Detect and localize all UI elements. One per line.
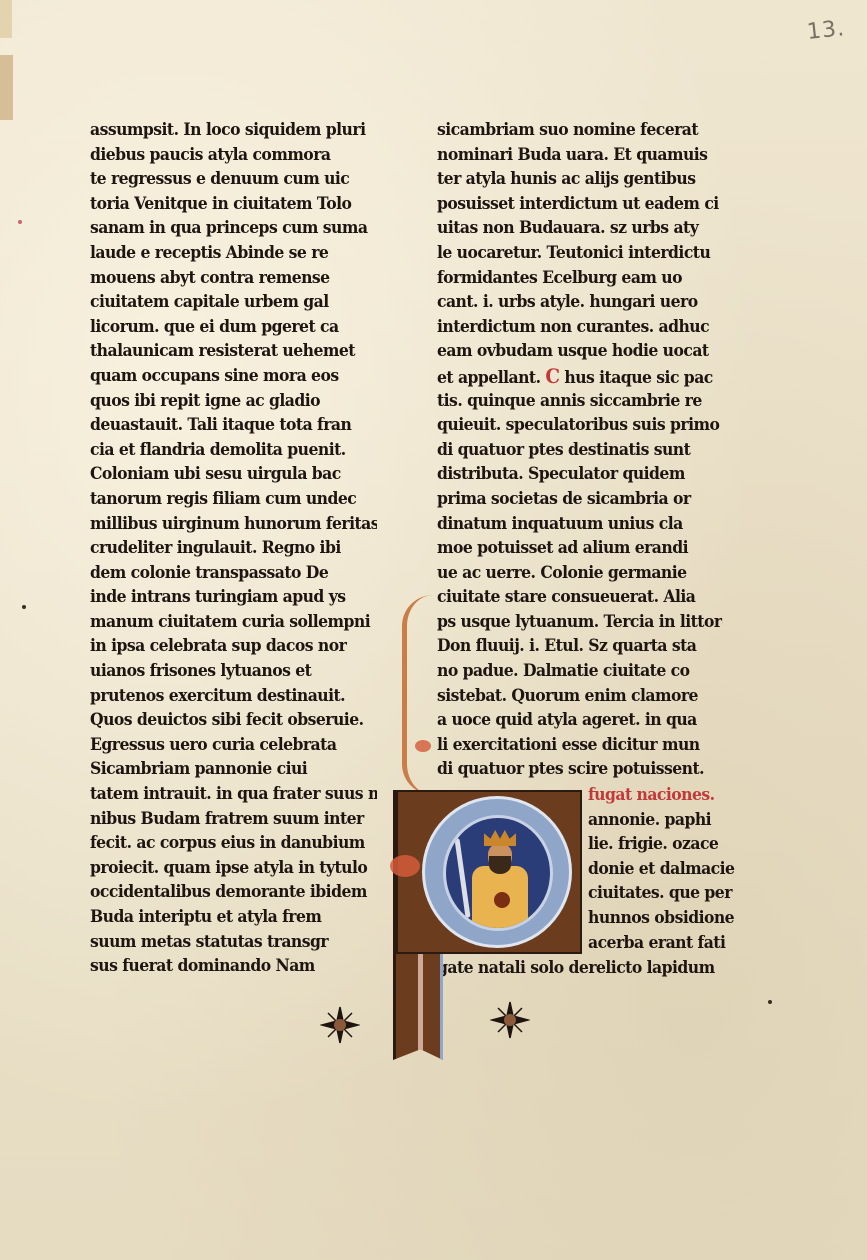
- text-line: eam ovbudam usque hodie uocat: [437, 339, 722, 364]
- text-line: li exercitationi esse dicitur mun: [437, 733, 722, 758]
- text-line: laude e receptis Abinde se re: [90, 241, 377, 266]
- text-line: deuastauit. Tali itaque tota fran: [90, 413, 377, 438]
- king-miniature: [443, 815, 553, 931]
- text-line: nibus Budam fratrem suum inter: [90, 807, 377, 832]
- text-beside-initial: fugat naciones. annonie. paphilie. frigi…: [588, 783, 758, 955]
- text-line: annonie. paphi: [588, 808, 744, 833]
- text-line: diebus paucis atyla commora: [90, 143, 377, 168]
- sword-icon: [454, 838, 470, 918]
- text-line: Quos deuictos sibi fecit obseruie.: [90, 708, 377, 733]
- king-beard: [489, 856, 511, 874]
- text-line: Sicambriam pannonie ciui: [90, 757, 377, 782]
- margin-mark: [768, 1000, 772, 1004]
- text-line: ter atyla hunis ac alijs gentibus: [437, 167, 722, 192]
- line-text: hus itaque sic pac: [564, 368, 712, 388]
- text-line: donie et dalmacie: [588, 857, 744, 882]
- text-line: prima societas de sicambria or: [437, 487, 722, 512]
- text-line: Buda interiptu et atyla frem: [90, 905, 377, 930]
- last-line-block: gate natali solo derelicto lapidum: [437, 956, 757, 981]
- margin-mark: [22, 605, 26, 609]
- text-line: tatem intrauit. in qua frater suus ma: [90, 782, 377, 807]
- text-line: acerba erant fati: [588, 931, 744, 956]
- last-line: gate natali solo derelicto lapidum: [437, 956, 731, 981]
- text-line: assumpsit. In loco siquidem pluri: [90, 118, 377, 143]
- text-line: sicambriam suo nomine fecerat: [437, 118, 722, 143]
- text-line: a uoce quid atyla ageret. in qua: [437, 708, 722, 733]
- text-line: crudeliter ingulauit. Regno ibi: [90, 536, 377, 561]
- text-line: distributa. Speculator quidem: [437, 462, 722, 487]
- star-ornament-icon: [490, 1000, 530, 1040]
- text-line: posuisset interdictum ut eadem ci: [437, 192, 722, 217]
- text-line: sanam in qua princeps cum suma: [90, 216, 377, 241]
- left-text-column: assumpsit. In loco siquidem pluridiebus …: [90, 118, 402, 979]
- rubric-heading: fugat naciones.: [588, 783, 744, 808]
- text-line: ciuitate stare consueuerat. Alia: [437, 585, 722, 610]
- text-line: Coloniam ubi sesu uirgula bac: [90, 462, 377, 487]
- text-line: inde intrans turingiam apud ys: [90, 585, 377, 610]
- rubric-initial: C: [545, 364, 559, 388]
- text-line: toria Venitque in ciuitatem Tolo: [90, 192, 377, 217]
- text-line: sus fuerat dominando Nam: [90, 954, 377, 979]
- margin-mark: [18, 220, 22, 224]
- text-line: fecit. ac corpus eius in danubium: [90, 831, 377, 856]
- text-line: interdictum non curantes. adhuc: [437, 315, 722, 340]
- text-line: te regressus e denuum cum uic: [90, 167, 377, 192]
- star-ornament-icon: [320, 1005, 360, 1045]
- text-line: ue ac uerre. Colonie germanie: [437, 561, 722, 586]
- orb-icon: [494, 892, 510, 908]
- line-text: et appellant.: [437, 368, 540, 388]
- manuscript-page: 13. assumpsit. In loco siquidem pluridie…: [0, 0, 867, 1260]
- text-line: ciuitates. que per: [588, 881, 744, 906]
- text-line: no padue. Dalmatie ciuitate co: [437, 659, 722, 684]
- crown-icon: [484, 830, 516, 846]
- text-line: cia et flandria demolita puenit.: [90, 438, 377, 463]
- text-line: proiecit. quam ipse atyla in tytulo: [90, 856, 377, 881]
- right-text-column: sicambriam suo nomine feceratnominari Bu…: [437, 118, 747, 782]
- flower-ornament: [390, 855, 420, 877]
- text-line: quieuit. speculatoribus suis primo: [437, 413, 722, 438]
- text-line: ps usque lytuanum. Tercia in littore: [437, 610, 722, 635]
- binding-tab: [0, 55, 13, 120]
- flower-ornament: [415, 740, 431, 752]
- text-line: le uocaretur. Teutonici interdictu: [437, 241, 722, 266]
- text-line: mouens abyt contra remense: [90, 266, 377, 291]
- text-line: di quatuor ptes scire potuissent.: [437, 757, 722, 782]
- folio-number: 13.: [806, 16, 846, 45]
- text-line: thalaunicam resisterat uehemet: [90, 339, 377, 364]
- text-line: uianos frisones lytuanos et: [90, 659, 377, 684]
- text-line: sistebat. Quorum enim clamore: [437, 684, 722, 709]
- text-line: quam occupans sine mora eos: [90, 364, 377, 389]
- rubric-initial-line: et appellant. C hus itaque sic pac: [437, 364, 722, 389]
- text-line: quos ibi repit igne ac gladio: [90, 389, 377, 414]
- text-line: lie. frigie. ozace: [588, 832, 744, 857]
- text-line: suum metas statutas transgr: [90, 930, 377, 955]
- text-line: licorum. que ei dum pgeret ca: [90, 315, 377, 340]
- text-line: millibus uirginum hunorum feritas: [90, 512, 377, 537]
- text-line: ciuitatem capitale urbem gal: [90, 290, 377, 315]
- text-line: dem colonie transpassato De: [90, 561, 377, 586]
- binding-tab: [0, 0, 12, 38]
- text-line: tanorum regis filiam cum undec: [90, 487, 377, 512]
- text-line: in ipsa celebrata sup dacos nor: [90, 634, 377, 659]
- text-line: manum ciuitatem curia sollempni: [90, 610, 377, 635]
- text-line: uitas non Budauara. sz urbs aty: [437, 216, 722, 241]
- text-line: cant. i. urbs atyle. hungari uero: [437, 290, 722, 315]
- text-line: moe potuisset ad alium erandi: [437, 536, 722, 561]
- text-line: di quatuor ptes destinatis sunt: [437, 438, 722, 463]
- text-line: hunnos obsidione: [588, 906, 744, 931]
- text-line: occidentalibus demorante ibidem: [90, 880, 377, 905]
- illuminated-initial: [396, 790, 582, 954]
- text-line: formidantes Ecelburg eam uo: [437, 266, 722, 291]
- initial-bowl: [422, 796, 572, 948]
- text-line: prutenos exercitum destinauit.: [90, 684, 377, 709]
- text-line: Egressus uero curia celebrata: [90, 733, 377, 758]
- text-line: nominari Buda uara. Et quamuis: [437, 143, 722, 168]
- decorative-flourish: [402, 595, 433, 795]
- text-line: Don fluuij. i. Etul. Sz quarta sta: [437, 634, 722, 659]
- text-line: dinatum inquatuum unius cla: [437, 512, 722, 537]
- text-line: tis. quinque annis siccambrie re: [437, 389, 722, 414]
